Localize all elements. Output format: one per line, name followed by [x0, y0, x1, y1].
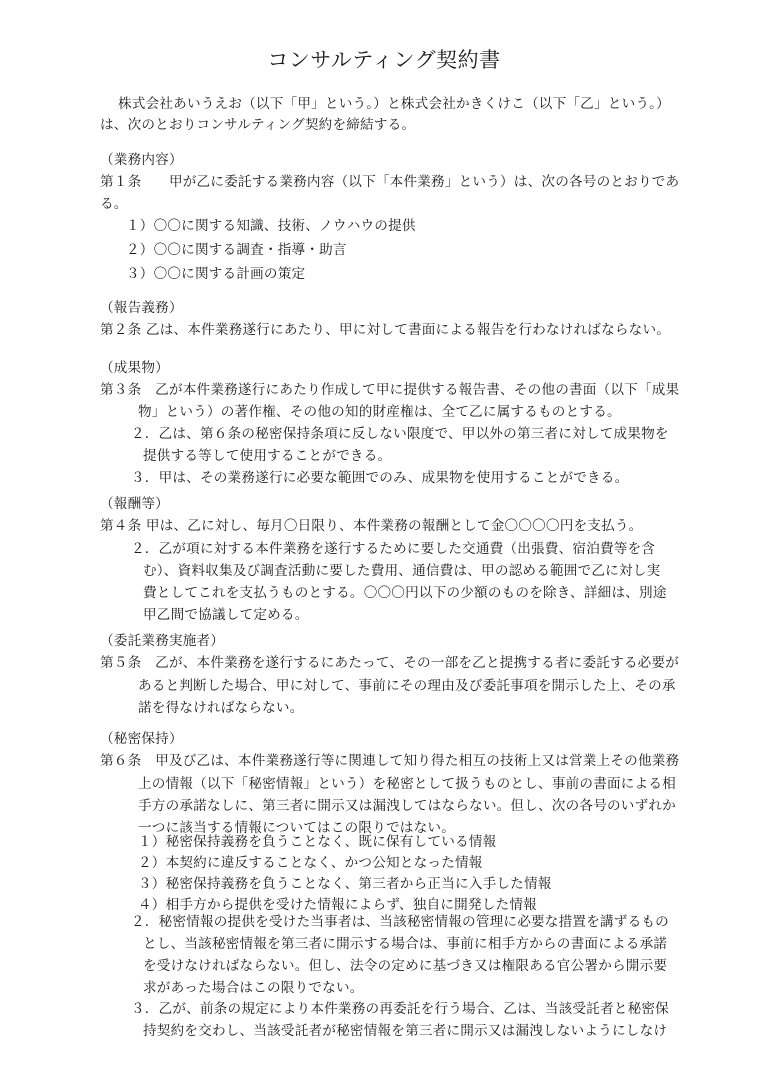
list-item: ３）秘密保持義務を負うことなく、第三者から正当に入手した情報 [138, 874, 552, 894]
article-line: ２．秘密情報の提供を受けた当事者は、当該秘密情報の管理に必要な措置を講ずるもの [131, 912, 669, 932]
article-heading: （成果物） [100, 358, 169, 378]
article-line: 第１条 甲が乙に委託する業務内容（以下「本件業務」という）は、次の各号のとおりで… [100, 172, 679, 192]
article-line: る。 [100, 194, 128, 214]
article-line: 提供する等して使用することができる。 [143, 446, 391, 466]
preamble-line: 株式会社あいうえお（以下「甲」という。）と株式会社かきくけこ（以下「乙」という。… [118, 94, 670, 114]
article-line: 諾を得なければならない。 [138, 698, 304, 718]
article-heading: （業務内容） [100, 150, 183, 170]
article-line: む）、資料収集及び調査活動に要した費用、通信費は、甲の認める範囲で乙に対し実 [143, 561, 660, 581]
article-heading: （報酬等） [100, 494, 169, 514]
article-heading: （秘密保持） [100, 729, 183, 749]
article-line: ２．乙が項に対する本件業務を遂行するために要した交通費（出張費、宿泊費等を含 [131, 539, 655, 559]
list-item: １）〇〇に関する知識、技術、ノウハウの提供 [126, 216, 416, 236]
article-line: 第４条 甲は、乙に対し、毎月〇日限り、本件業務の報酬として金〇〇〇〇円を支払う。 [100, 516, 642, 536]
article-line: 費としてこれを支払うものとする。〇〇〇円以下の少額のものを除き、詳細は、別途 [143, 583, 667, 603]
list-item: ３）〇〇に関する計画の策定 [126, 264, 305, 284]
preamble-line: は、次のとおりコンサルティング契約を締結する。 [100, 115, 415, 135]
article-line: 第６条 甲及び乙は、本件業務遂行等に関連して知り得た相互の技術上又は営業上その他… [100, 751, 679, 771]
article-line: 手方の承諾なしに、第三者に開示又は漏洩してはならない。但し、次の各号のいずれか [138, 796, 676, 816]
list-item: ２）本契約に違反することなく、かつ公知となった情報 [138, 853, 483, 873]
article-line: 物」という）の著作権、その他の知的財産権は、全て乙に属するものとする。 [138, 402, 621, 422]
article-line: あると判断した場合、甲に対して、事前にその理由及び委託事項を開示した上、その承 [138, 676, 676, 696]
article-line: 上の情報（以下「秘密情報」という）を秘密として扱うものとし、事前の書面による相 [138, 774, 676, 794]
article-line: ３．甲は、その業務遂行に必要な範囲でのみ、成果物を使用することができる。 [131, 468, 628, 488]
article-line: 甲乙間で協議して定める。 [143, 605, 309, 625]
list-item: ２）〇〇に関する調査・指導・助言 [126, 240, 347, 260]
article-line: 第５条 乙が、本件業務を遂行するにあたって、その一部を乙と提携する者に委託する必… [100, 653, 679, 673]
article-heading: （委託業務実施者） [100, 631, 224, 651]
article-line: 求があった場合はこの限りでない。 [143, 978, 364, 998]
document-title: コンサルティング契約書 [0, 44, 768, 74]
article-line: 第２条 乙は、本件業務遂行にあたり、甲に対して書面による報告を行わなければならな… [100, 320, 670, 340]
article-line: を受けなければならない。但し、法令の定めに基づき又は権限ある官公署から開示要 [143, 956, 667, 976]
article-line: ３．乙が、前条の規定により本件業務の再委託を行う場合、乙は、当該受託者と秘密保 [131, 999, 669, 1019]
article-line: とし、当該秘密情報を第三者に開示する場合は、事前に相手方からの書面による承諾 [143, 934, 667, 954]
article-line: 持契約を交わし、当該受託者が秘密情報を第三者に開示又は漏洩しないようにしなけ [143, 1021, 667, 1041]
article-heading: （報告義務） [100, 298, 183, 318]
article-line: ２．乙は、第６条の秘密保持条項に反しない限度で、甲以外の第三者に対して成果物を [131, 424, 669, 444]
article-line: 第３条 乙が本件業務遂行にあたり作成して甲に提供する報告書、その他の書面（以下「… [100, 380, 679, 400]
list-item: １）秘密保持義務を負うことなく、既に保有している情報 [138, 832, 496, 852]
document-page: コンサルティング契約書 株式会社あいうえお（以下「甲」という。）と株式会社かきく… [0, 0, 768, 1087]
